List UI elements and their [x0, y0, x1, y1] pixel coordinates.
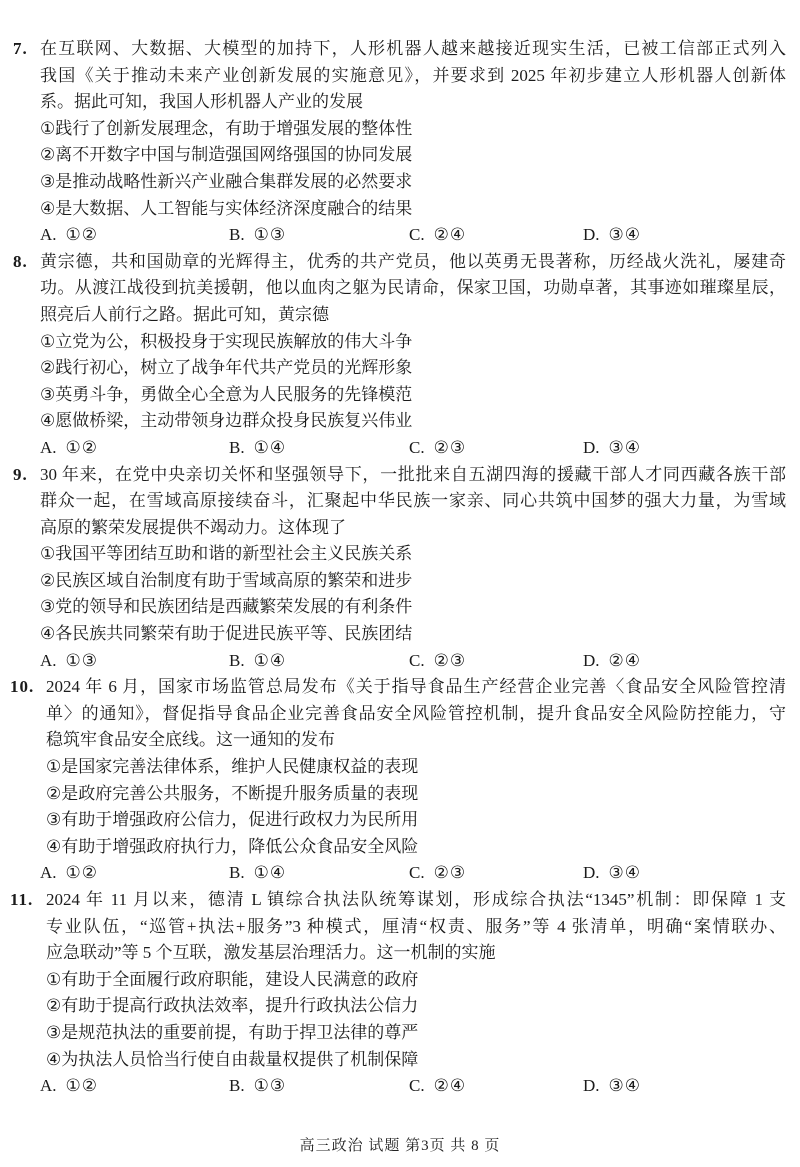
- question-number: 8.: [13, 249, 28, 276]
- choice-b: B.①③: [229, 222, 409, 249]
- choice-value: ②③: [434, 438, 466, 457]
- choice-d: D.③④: [583, 222, 786, 249]
- question-9: 9. 30 年来，在党中央亲切关怀和坚强领导下，一批批来自五湖四海的援藏干部人才…: [0, 462, 786, 675]
- choice-value: ①③: [254, 225, 286, 244]
- choices-row: A.①② B.①③ C.②④ D.③④: [40, 1073, 786, 1100]
- choice-a: A.①②: [40, 222, 229, 249]
- question-number: 7.: [13, 36, 28, 63]
- statement-1: ①是国家完善法律体系，维护人民健康权益的表现: [46, 754, 786, 781]
- choice-label: A.: [40, 863, 57, 882]
- choice-a: A.①②: [40, 860, 229, 887]
- choice-value: ①④: [254, 651, 286, 670]
- choice-label: D.: [583, 863, 600, 882]
- stem-line: 单〉的通知》，督促指导食品企业完善食品安全风险管控机制，提升食品安全风险防控能力…: [46, 701, 786, 728]
- choice-label: A.: [40, 1076, 57, 1095]
- choices-row: A.①② B.①③ C.②④ D.③④: [40, 222, 786, 249]
- choice-value: ③④: [609, 438, 641, 457]
- statement-4: ④有助于增强政府执行力，降低公众食品安全风险: [46, 834, 786, 861]
- choice-label: C.: [409, 438, 425, 457]
- choice-c: C.②④: [409, 1073, 583, 1100]
- choice-d: D.③④: [583, 860, 786, 887]
- choice-value: ①②: [66, 225, 98, 244]
- choice-label: C.: [409, 651, 425, 670]
- question-10: 10. 2024 年 6 月，国家市场监管总局发布《关于指导食品生产经营企业完善…: [0, 674, 786, 887]
- choice-label: C.: [409, 225, 425, 244]
- statement-3: ③党的领导和民族团结是西藏繁荣发展的有利条件: [40, 594, 786, 621]
- choice-value: ①③: [254, 1076, 286, 1095]
- choice-value: ③④: [609, 863, 641, 882]
- choices-row: A.①③ B.①④ C.②③ D.②④: [40, 648, 786, 675]
- statement-3: ③英勇斗争，勇做全心全意为人民服务的先锋模范: [40, 382, 786, 409]
- page-footer: 高三政治 试题 第3页 共 8 页: [0, 1133, 800, 1160]
- choice-label: C.: [409, 1076, 425, 1095]
- choice-label: B.: [229, 863, 245, 882]
- choice-b: B.①④: [229, 860, 409, 887]
- stem-line: 应急联动”等 5 个互联，激发基层治理活力。这一机制的实施: [46, 940, 786, 967]
- stem-line: 群众一起，在雪域高原接续奋斗，汇聚起中华民族一家亲、同心共筑中国梦的强大力量，为…: [40, 488, 786, 515]
- choice-value: ②③: [434, 863, 466, 882]
- statement-1: ①有助于全面履行政府职能，建设人民满意的政府: [46, 967, 786, 994]
- choice-a: A.①②: [40, 1073, 229, 1100]
- choice-value: ①②: [66, 438, 98, 457]
- choice-c: C.②④: [409, 222, 583, 249]
- stem-line: 在互联网、大数据、大模型的加持下，人形机器人越来越接近现实生活，已被工信部正式列…: [40, 36, 786, 63]
- choice-label: B.: [229, 1076, 245, 1095]
- choice-a: A.①②: [40, 435, 229, 462]
- stem-line: 2024 年 11 月以来，德清 L 镇综合执法队统筹谋划，形成综合执法“134…: [46, 887, 786, 914]
- statement-2: ②民族区域自治制度有助于雪域高原的繁荣和进步: [40, 568, 786, 595]
- choice-c: C.②③: [409, 860, 583, 887]
- statement-2: ②离不开数字中国与制造强国网络强国的协同发展: [40, 142, 786, 169]
- statement-3: ③是规范执法的重要前提，有助于捍卫法律的尊严: [46, 1020, 786, 1047]
- choice-label: A.: [40, 225, 57, 244]
- choices-row: A.①② B.①④ C.②③ D.③④: [40, 860, 786, 887]
- choice-value: ①④: [254, 438, 286, 457]
- statement-3: ③是推动战略性新兴产业融合集群发展的必然要求: [40, 169, 786, 196]
- choice-value: ②④: [609, 651, 641, 670]
- exam-page: 7. 在互联网、大数据、大模型的加持下，人形机器人越来越接近现实生活，已被工信部…: [0, 0, 800, 1100]
- choice-d: D.③④: [583, 435, 786, 462]
- stem-line: 30 年来，在党中央亲切关怀和坚强领导下，一批批来自五湖四海的援藏干部人才同西藏…: [40, 462, 786, 489]
- stem-line: 系。据此可知，我国人形机器人产业的发展: [40, 89, 786, 116]
- choice-b: B.①③: [229, 1073, 409, 1100]
- choice-b: B.①④: [229, 648, 409, 675]
- choice-d: D.②④: [583, 648, 786, 675]
- statement-2: ②践行初心，树立了战争年代共产党员的光辉形象: [40, 355, 786, 382]
- choice-label: A.: [40, 438, 57, 457]
- choice-b: B.①④: [229, 435, 409, 462]
- stem-line: 稳筑牢食品安全底线。这一通知的发布: [46, 727, 786, 754]
- statement-1: ①我国平等团结互助和谐的新型社会主义民族关系: [40, 541, 786, 568]
- stem-line: 专业队伍，“巡管+执法+服务”3 种模式，厘清“权责、服务”等 4 张清单，明确…: [46, 914, 786, 941]
- question-7: 7. 在互联网、大数据、大模型的加持下，人形机器人越来越接近现实生活，已被工信部…: [0, 36, 786, 249]
- question-11: 11. 2024 年 11 月以来，德清 L 镇综合执法队统筹谋划，形成综合执法…: [0, 887, 786, 1100]
- choice-label: D.: [583, 225, 600, 244]
- statement-3: ③有助于增强政府公信力，促进行政权力为民所用: [46, 807, 786, 834]
- stem-line: 功。从渡江战役到抗美援朝，他以血肉之躯为民请命，保家卫国，功勋卓著，其事迹如璀璨…: [40, 275, 786, 302]
- stem-line: 我国《关于推动未来产业创新发展的实施意见》，并要求到 2025 年初步建立人形机…: [40, 63, 786, 90]
- statement-1: ①践行了创新发展理念，有助于增强发展的整体性: [40, 116, 786, 143]
- choice-value: ①③: [66, 651, 98, 670]
- statement-4: ④愿做桥梁，主动带领身边群众投身民族复兴伟业: [40, 408, 786, 435]
- choice-value: ③④: [609, 1076, 641, 1095]
- choice-label: D.: [583, 651, 600, 670]
- statement-1: ①立党为公，积极投身于实现民族解放的伟大斗争: [40, 329, 786, 356]
- stem-line: 黄宗德，共和国勋章的光辉得主，优秀的共产党员，他以英勇无畏著称，历经战火洗礼，屡…: [40, 249, 786, 276]
- stem-line: 2024 年 6 月，国家市场监管总局发布《关于指导食品生产经营企业完善〈食品安…: [46, 674, 786, 701]
- choice-label: B.: [229, 438, 245, 457]
- stem-line: 高原的繁荣发展提供不竭动力。这体现了: [40, 515, 786, 542]
- choice-value: ③④: [609, 225, 641, 244]
- statement-2: ②是政府完善公共服务，不断提升服务质量的表现: [46, 781, 786, 808]
- statement-4: ④是大数据、人工智能与实体经济深度融合的结果: [40, 196, 786, 223]
- question-8: 8. 黄宗德，共和国勋章的光辉得主，优秀的共产党员，他以英勇无畏著称，历经战火洗…: [0, 249, 786, 462]
- question-number: 10.: [10, 674, 34, 701]
- choice-value: ①②: [66, 863, 98, 882]
- choice-label: D.: [583, 438, 600, 457]
- question-number: 11.: [10, 887, 33, 914]
- choice-label: B.: [229, 651, 245, 670]
- choice-value: ②④: [434, 225, 466, 244]
- statement-4: ④为执法人员恰当行使自由裁量权提供了机制保障: [46, 1047, 786, 1074]
- choice-label: C.: [409, 863, 425, 882]
- choice-value: ②④: [434, 1076, 466, 1095]
- stem-line: 照亮后人前行之路。据此可知，黄宗德: [40, 302, 786, 329]
- statement-2: ②有助于提高行政执法效率，提升行政执法公信力: [46, 993, 786, 1020]
- choices-row: A.①② B.①④ C.②③ D.③④: [40, 435, 786, 462]
- choice-d: D.③④: [583, 1073, 786, 1100]
- choice-value: ②③: [434, 651, 466, 670]
- question-number: 9.: [13, 462, 28, 489]
- statement-4: ④各民族共同繁荣有助于促进民族平等、民族团结: [40, 621, 786, 648]
- choice-value: ①②: [66, 1076, 98, 1095]
- choice-label: A.: [40, 651, 57, 670]
- choice-value: ①④: [254, 863, 286, 882]
- choice-c: C.②③: [409, 648, 583, 675]
- choice-label: D.: [583, 1076, 600, 1095]
- choice-label: B.: [229, 225, 245, 244]
- choice-c: C.②③: [409, 435, 583, 462]
- choice-a: A.①③: [40, 648, 229, 675]
